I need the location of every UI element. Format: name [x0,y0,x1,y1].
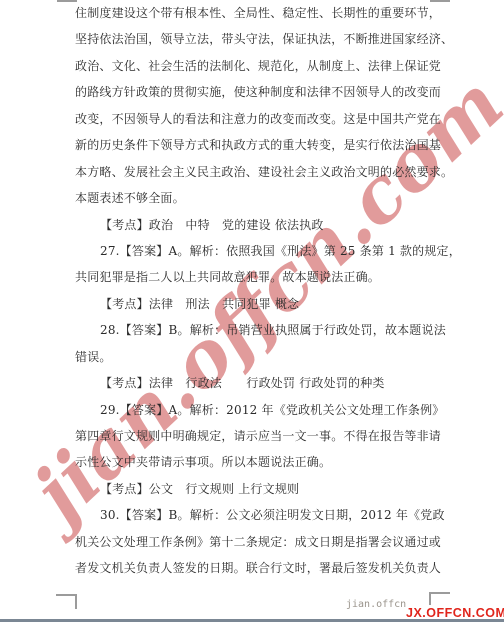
margin-mark-bottom-right-h [429,592,450,594]
document-page: jian.offcn.com 住制度建设这个带有根本性、全局性、稳定性、长期性的… [0,0,504,625]
text-line: 者发文机关负责人签发的日期。联合行文时，署最后签发机关负责人 [75,555,437,581]
text-line: 住制度建设这个带有根本性、全局性、稳定性、长期性的重要环节， [75,0,437,26]
text-line: 示性公文中夹带请示事项。所以本题说法正确。 [75,449,437,475]
margin-mark-top-right [430,0,450,2]
text-line: 本题表述不够全面。 [75,185,437,211]
text-line: 错误。 [75,344,437,370]
margin-mark-bottom-right-v [429,592,431,605]
text-line: 28.【答案】B。解析：吊销营业执照属于行政处罚，故本题说法 [75,317,437,343]
text-line: 29.【答案】A。解析：2012 年《党政机关公文处理工作条例》 [75,397,437,423]
text-line: 共同犯罪是指二人以上共同故意犯罪。故本题说法正确。 [75,264,437,290]
text-line: 的路线方针政策的贯彻实施，使这种制度和法律不因领导人的改变而 [75,79,437,105]
text-line: 【考点】政治 中特 党的建设 依法执政 [75,212,437,238]
margin-mark-top-left [57,0,77,2]
footer-brand-watermark: JX.OFFCN.COM [406,606,504,620]
document-body: 住制度建设这个带有根本性、全局性、稳定性、长期性的重要环节，坚持依法治国，领导立… [75,0,437,582]
text-line: 【考点】法律 刑法 共同犯罪 概念 [75,291,437,317]
text-line: 机关公文处理工作条例》第十二条规定：成文日期是指署会议通过或 [75,529,437,555]
margin-mark-bottom-left-v [75,594,77,609]
margin-mark-bottom-left-h [56,594,77,596]
page-bottom-edge [0,619,504,622]
text-line: 【考点】公文 行文规则 上行文规则 [75,476,437,502]
text-line: 27.【答案】A。解析：依照我国《刑法》第 25 条第 1 款的规定， [75,238,437,264]
text-line: 【考点】法律 行政法 行政处罚 行政处罚的种类 [75,370,437,396]
text-line: 政治、文化、社会生活的法制化、规范化，从制度上、法律上保证党 [75,53,437,79]
text-line: 改变，不因领导人的看法和注意力的改变而改变。这是中国共产党在 [75,106,437,132]
text-line: 坚持依法治国，领导立法，带头守法，保证执法，不断推进国家经济、 [75,26,437,52]
text-line: 第四章行文规则中明确规定，请示应当一文一事。不得在报告等非请 [75,423,437,449]
text-line: 本方略、发展社会主义民主政治、建设社会主义政治文明的必然要求。 [75,159,437,185]
footer-site-watermark: jian.offcn [346,599,406,610]
text-line: 30.【答案】B。解析：公文必须注明发文日期，2012 年《党政 [75,502,437,528]
text-line: 新的历史条件下领导方式和执政方式的重大转变，是实行依法治国基 [75,132,437,158]
